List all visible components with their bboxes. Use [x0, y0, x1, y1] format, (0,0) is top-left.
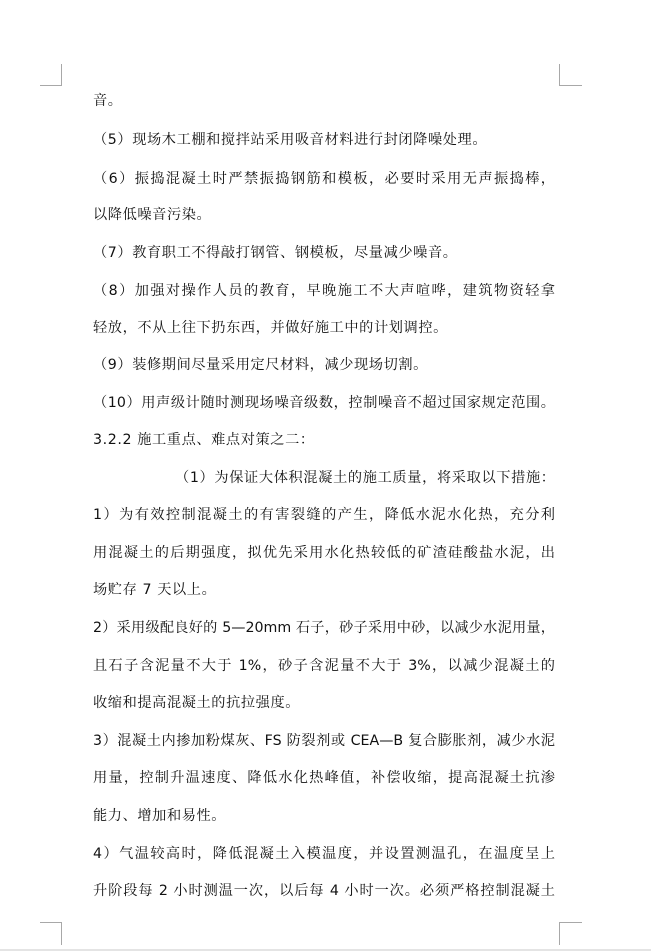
text-line: 轻放，不从上往下扔东西，并做好施工中的计划调控。 — [93, 319, 555, 337]
text-line: 2）采用级配良好的 5—20mm 石子，砂子采用中砂，以减少水泥用量， — [93, 619, 555, 637]
text-line: 收缩和提高混凝土的抗拉强度。 — [93, 694, 555, 712]
text-line: （8）加强对操作人员的教育，早晚施工不大声喧哗，建筑物资轻拿 — [93, 282, 555, 300]
text-line: （7）教育职工不得敲打钢管、钢模板，尽量减少噪音。 — [93, 244, 555, 262]
corner-mark-top-left — [40, 64, 62, 86]
text-line: （9）装修期间尽量采用定尺材料，减少现场切割。 — [93, 356, 555, 374]
text-line: 用量，控制升温速度、降低水化热峰值，补偿收缩，提高混凝土抗渗 — [93, 769, 555, 787]
text-line: 1）为有效控制混凝土的有害裂缝的产生，降低水泥水化热，充分利 — [93, 506, 555, 524]
corner-mark-bottom-right — [559, 922, 582, 945]
text-line: 且石子含泥量不大于 1%，砂子含泥量不大于 3%，以减少混凝土的 — [93, 657, 555, 675]
text-line: 音。 — [93, 92, 555, 110]
text-line: 以降低噪音污染。 — [93, 206, 555, 224]
text-line: （10）用声级计随时测现场噪音级数，控制噪音不超过国家规定范围。 — [93, 394, 555, 412]
text-line: （1）为保证大体积混凝土的施工质量，将采取以下措施： — [175, 469, 555, 487]
text-line: 场贮存 7 天以上。 — [93, 581, 555, 599]
text-line: 用混凝土的后期强度，拟优先采用水化热较低的矿渣硅酸盐水泥，出 — [93, 544, 555, 562]
text-line: （5）现场木工棚和搅拌站采用吸音材料进行封闭降噪处理。 — [93, 131, 555, 149]
text-line: 升阶段每 2 小时测温一次，以后每 4 小时一次。必须严格控制混凝土 — [93, 882, 555, 900]
document-page: 音。 （5）现场木工棚和搅拌站采用吸音材料进行封闭降噪处理。 （6）振捣混凝土时… — [0, 0, 651, 949]
text-line: 能力、增加和易性。 — [93, 807, 555, 825]
section-heading: 3.2.2 施工重点、难点对策之二： — [93, 431, 555, 449]
corner-mark-bottom-left — [40, 922, 62, 945]
text-line: 3）混凝土内掺加粉煤灰、FS 防裂剂或 CEA—B 复合膨胀剂，减少水泥 — [93, 732, 555, 750]
corner-mark-top-right — [559, 64, 582, 86]
text-line: （6）振捣混凝土时严禁振捣钢筋和模板，必要时采用无声振捣棒， — [93, 170, 555, 188]
text-line: 4）气温较高时，降低混凝土入模温度，并设置测温孔，在温度呈上 — [93, 845, 555, 863]
